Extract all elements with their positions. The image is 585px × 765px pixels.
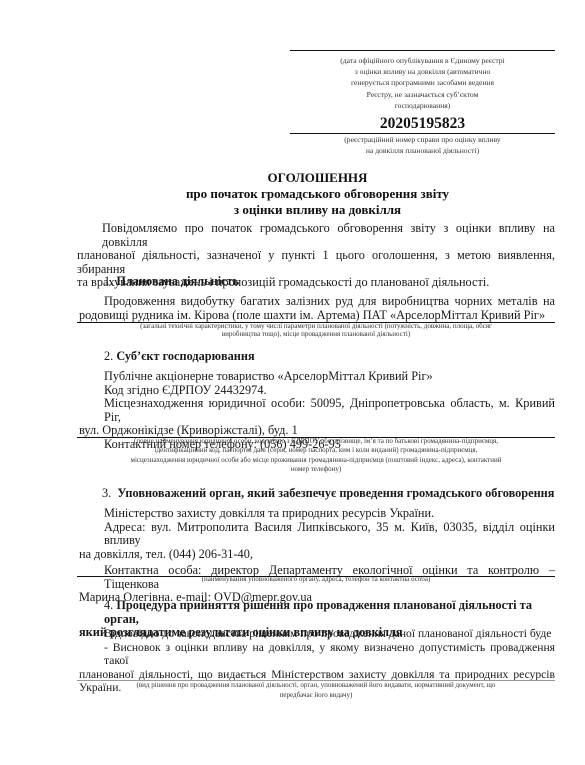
page-title: ОГОЛОШЕННЯ [0,170,585,186]
decision-item: - Висновок з оцінки впливу на довкілля, … [79,641,555,668]
registration-number: 20205195823 [290,116,555,132]
section-3-heading: 3. Уповноважений орган, який забезпечує … [102,487,554,501]
section-2-heading: 2. Суб’єкт господарювання [104,350,255,364]
date-field-line [290,50,555,51]
date-caption: (дата офіційного опублікування в Єдиному… [290,55,555,111]
registration-line [290,133,555,134]
registration-caption: (реєстраційний номер справи про оцінку в… [290,135,555,156]
title-subline-2: з оцінки впливу на довкілля [0,202,585,218]
title-subline: про початок громадського обговорення зві… [0,186,585,202]
section-3-caption: (найменування уповноваженого органу, адр… [77,575,555,584]
section-1-caption: (загальні технічні характеристики, у том… [77,322,555,339]
section-1-heading: 1. Планована діяльність [104,275,239,289]
section-1-body: Продовження видобутку багатих залізних р… [79,295,555,322]
section-3-body: Міністерство захисту довкілля та природн… [79,507,555,605]
section-4-caption: (вид рішення про провадження планованої … [77,681,555,700]
section-2-caption: (повне найменування юридичної особи, код… [77,437,555,474]
